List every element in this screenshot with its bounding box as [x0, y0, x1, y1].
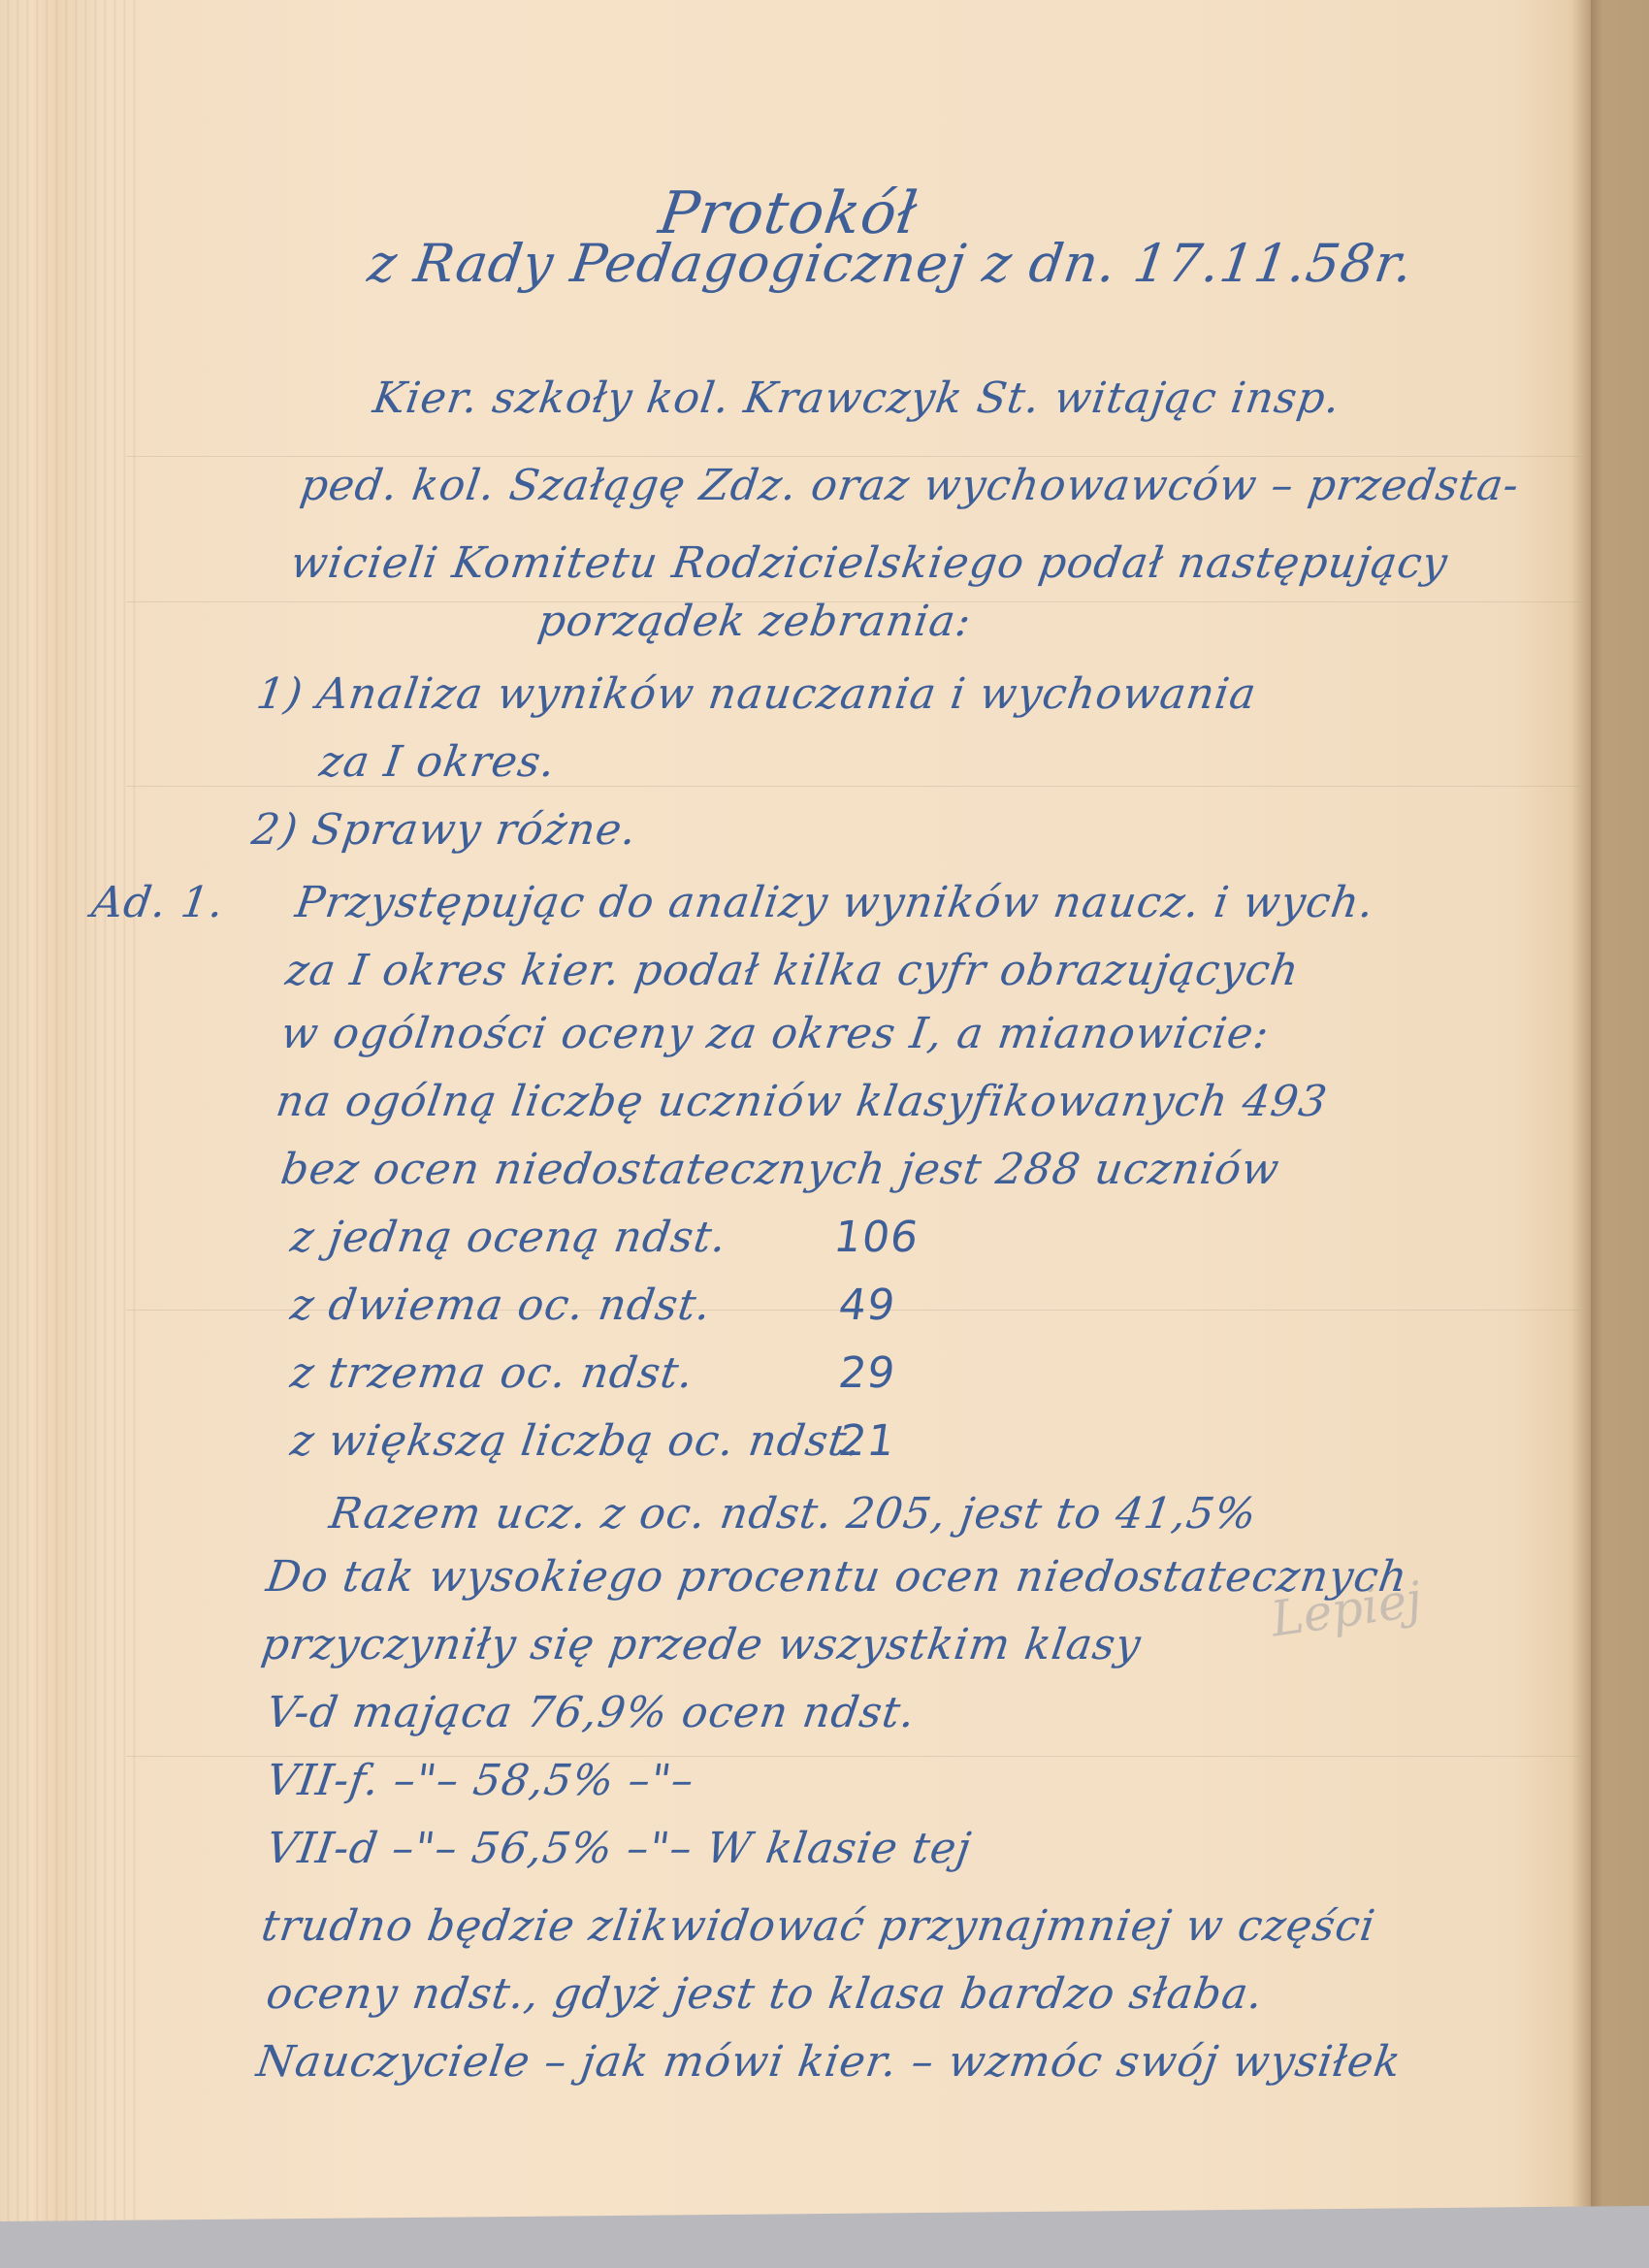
- agenda-item-2: 2) Sprawy różne.: [248, 805, 639, 855]
- agenda-text: Analiza wyników nauczania i wychowania: [314, 669, 1260, 719]
- page-stack-edges: [0, 0, 136, 2221]
- agenda-number: 2): [248, 805, 301, 855]
- class-name: VII-f.: [263, 1756, 382, 1805]
- document-subtitle: z Rady Pedagogicznej z dn. 17.11.58r.: [365, 233, 1417, 294]
- stat-value: 29: [835, 1348, 898, 1398]
- class-name: VII-d: [263, 1824, 381, 1873]
- section-line: na ogólną liczbę uczniów klasyfikowanych…: [273, 1077, 1330, 1126]
- stat-value: 21: [835, 1416, 898, 1466]
- class-name: V-d: [263, 1688, 341, 1737]
- agenda-item-1: 1) Analiza wyników nauczania i wychowani…: [253, 669, 1259, 719]
- stat-label: z większą liczbą oc. ndst.: [287, 1416, 864, 1466]
- class-text: –"– 56,5% –"– W klasie tej: [389, 1824, 975, 1873]
- section-label: Ad. 1.: [88, 878, 227, 927]
- ruled-line: [126, 456, 1581, 457]
- summary-line: Razem ucz. z oc. ndst. 205, jest to 41,5…: [326, 1489, 1259, 1539]
- body-line: Do tak wysokiego procentu ocen niedostat…: [263, 1552, 1410, 1602]
- intro-line: ped. kol. Szałągę Zdz. oraz wychowawców …: [297, 461, 1522, 510]
- class-row: VII-f. –"– 58,5% –"–: [263, 1756, 697, 1805]
- stat-value: 106: [830, 1213, 921, 1262]
- notebook-page: Protokół z Rady Pedagogicznej z dn. 17.1…: [0, 0, 1649, 2221]
- stat-label: z trzema oc. ndst.: [287, 1348, 696, 1398]
- class-row: V-d mająca 76,9% ocen ndst.: [263, 1688, 919, 1737]
- agenda-number: 1): [253, 669, 306, 719]
- agenda-text: Sprawy różne.: [309, 805, 640, 855]
- class-text: –"– 58,5% –"–: [391, 1756, 697, 1805]
- stat-label: z jedną oceną ndst.: [287, 1213, 729, 1262]
- closing-line: Nauczyciele – jak mówi kier. – wzmóc swó…: [253, 2037, 1404, 2087]
- intro-line: Kier. szkoły kol. Krawczyk St. witając i…: [370, 373, 1343, 423]
- stat-label: z dwiema oc. ndst.: [287, 1280, 714, 1330]
- agenda-continuation: za I okres.: [316, 737, 559, 787]
- section-line: Przystępując do analizy wyników naucz. i…: [292, 878, 1377, 927]
- section-line: bez ocen niedostatecznych jest 288 uczni…: [277, 1145, 1282, 1194]
- class-text: mająca 76,9% ocen ndst.: [349, 1688, 919, 1737]
- intro-line: porządek zebrania:: [534, 597, 974, 646]
- closing-line: trudno będzie zlikwidować przynajmniej w…: [258, 1901, 1378, 1951]
- intro-line: wicieli Komitetu Rodzicielskiego podał n…: [287, 538, 1450, 588]
- body-line: przyczyniły się przede wszystkim klasy: [258, 1620, 1144, 1669]
- section-line: w ogólności oceny za okres I, a mianowic…: [277, 1009, 1272, 1058]
- stat-value: 49: [835, 1280, 898, 1330]
- class-row: VII-d –"– 56,5% –"– W klasie tej: [263, 1824, 974, 1873]
- closing-line: oceny ndst., gdyż jest to klasa bardzo s…: [263, 1969, 1266, 2019]
- spine-shadow: [1591, 0, 1602, 2221]
- section-line: za I okres kier. podał kilka cyfr obrazu…: [282, 946, 1302, 995]
